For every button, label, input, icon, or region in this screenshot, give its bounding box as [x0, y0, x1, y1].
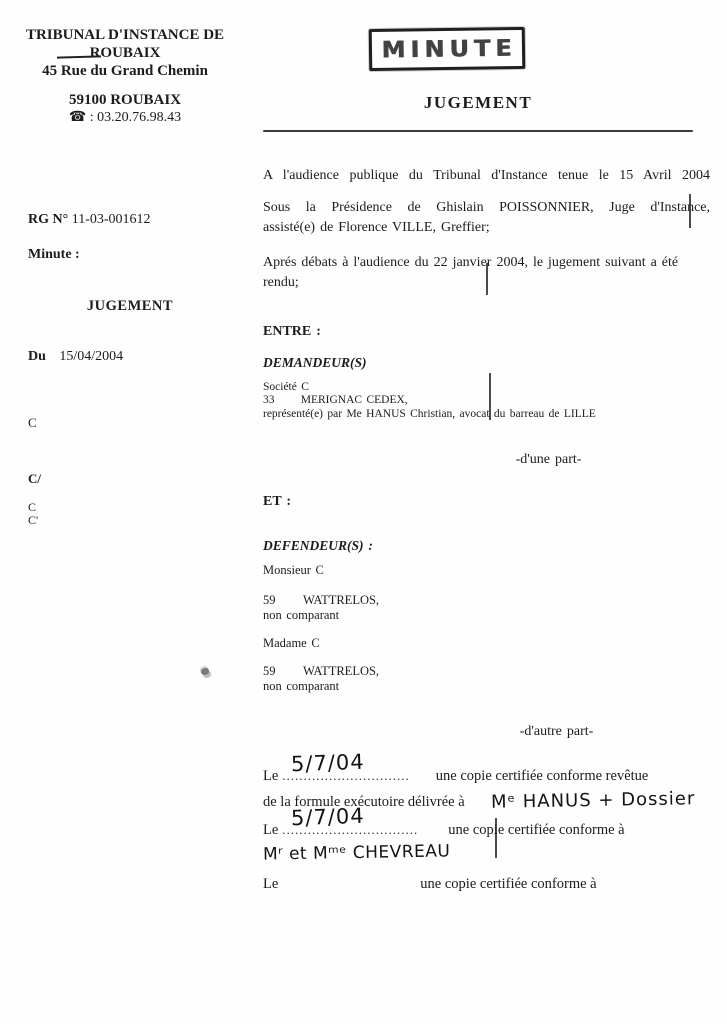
- defendant2-status: non comparant: [263, 679, 710, 694]
- hearing-paragraph: A l'audience publique du Tribunal d'Inst…: [263, 166, 710, 186]
- scan-artifact-vline-3: [489, 373, 491, 420]
- defendant1-status: non comparant: [263, 608, 710, 623]
- presiding-judge-line1: Sous la Présidence de Ghislain POISSONNI…: [263, 198, 710, 218]
- plaintiff-name: Société C: [263, 380, 710, 394]
- handwritten-recipient-2: Mʳ et Mᵐᵉ CHEVREAU: [263, 841, 451, 864]
- title-underline: [263, 130, 693, 132]
- le-label-3: Le: [263, 876, 278, 893]
- et-heading: ET :: [263, 492, 710, 512]
- certified-copy-text-1: une copie certifiée conforme revêtue: [436, 768, 649, 785]
- presiding-judge-line2: assisté(e) de Florence VILLE, Greffier;: [263, 218, 710, 238]
- defendant2-name: Madame C: [263, 636, 710, 651]
- certified-copy-text-2: une copie certifiée conforme à: [448, 822, 624, 839]
- le-label-1: Le: [263, 768, 278, 785]
- minute-label: Minute :: [28, 247, 80, 263]
- rg-label: RG N°: [28, 212, 68, 227]
- handwritten-date-1: 5/7/04: [291, 750, 365, 777]
- entre-heading: ENTRE :: [263, 322, 710, 342]
- judgment-date-line: Du 15/04/2004: [28, 349, 123, 365]
- court-postal-city: 59100 ROUBAIX: [18, 91, 232, 109]
- ink-blot: [201, 668, 209, 675]
- handwritten-recipient-1: Mᵉ HANUS + Dossier: [491, 788, 696, 813]
- une-part-label: -d'une part-: [263, 450, 727, 470]
- le-label-2: Le: [263, 822, 278, 839]
- court-header: TRIBUNAL D'INSTANCE DE ROUBAIX 45 Rue du…: [18, 26, 232, 127]
- defendeur-heading: DEFENDEUR(S) :: [263, 536, 710, 556]
- court-phone: ☎ : 03.20.76.98.43: [18, 109, 232, 127]
- certified-copy-row-2: Le ................................ une …: [263, 822, 723, 839]
- margin-jugement-title: JUGEMENT: [28, 298, 232, 315]
- handwritten-date-2: 5/7/04: [291, 804, 365, 831]
- defendant1-name: Monsieur C: [263, 563, 710, 578]
- certified-copy-text-3: une copie certifiée conforme à: [420, 876, 596, 893]
- court-name-line1: TRIBUNAL D'INSTANCE DE: [18, 26, 232, 44]
- certified-copy-row-3: Le une copie certifiée conforme à: [263, 876, 723, 893]
- du-label: Du: [28, 349, 46, 364]
- judgment-document-page: TRIBUNAL D'INSTANCE DE ROUBAIX 45 Rue du…: [0, 0, 727, 1024]
- rg-number: 11-03-001612: [72, 212, 151, 227]
- minute-stamp-label: MINUTE: [377, 35, 517, 64]
- court-address: 45 Rue du Grand Chemin: [18, 62, 232, 80]
- defendant1-address: 59 WATTRELOS,: [263, 593, 710, 608]
- margin-versus: C/: [28, 471, 41, 487]
- certified-copy-row-1: Le .............................. une co…: [263, 768, 723, 785]
- margin-party-c1: C: [28, 415, 37, 431]
- du-date: 15/04/2004: [59, 349, 123, 364]
- plaintiff-address: 33 MERIGNAC CEDEX,: [263, 393, 710, 407]
- scan-artifact-vline-2: [486, 263, 488, 295]
- autre-part-label: -d'autre part-: [263, 722, 727, 742]
- minute-stamp: MINUTE: [369, 27, 526, 71]
- demandeur-heading: DEMANDEUR(S): [263, 353, 710, 373]
- defendant2-address: 59 WATTRELOS,: [263, 664, 710, 679]
- scan-artifact-vline-4: [495, 818, 497, 858]
- rg-number-line: RG N° 11-03-001612: [28, 212, 151, 228]
- scan-artifact-vline-1: [689, 194, 691, 228]
- document-title: JUGEMENT: [263, 93, 693, 113]
- margin-party-c4: C': [28, 513, 38, 528]
- court-name-line2: ROUBAIX: [18, 44, 232, 62]
- plaintiff-counsel: représenté(e) par Me HANUS Christian, av…: [263, 407, 710, 421]
